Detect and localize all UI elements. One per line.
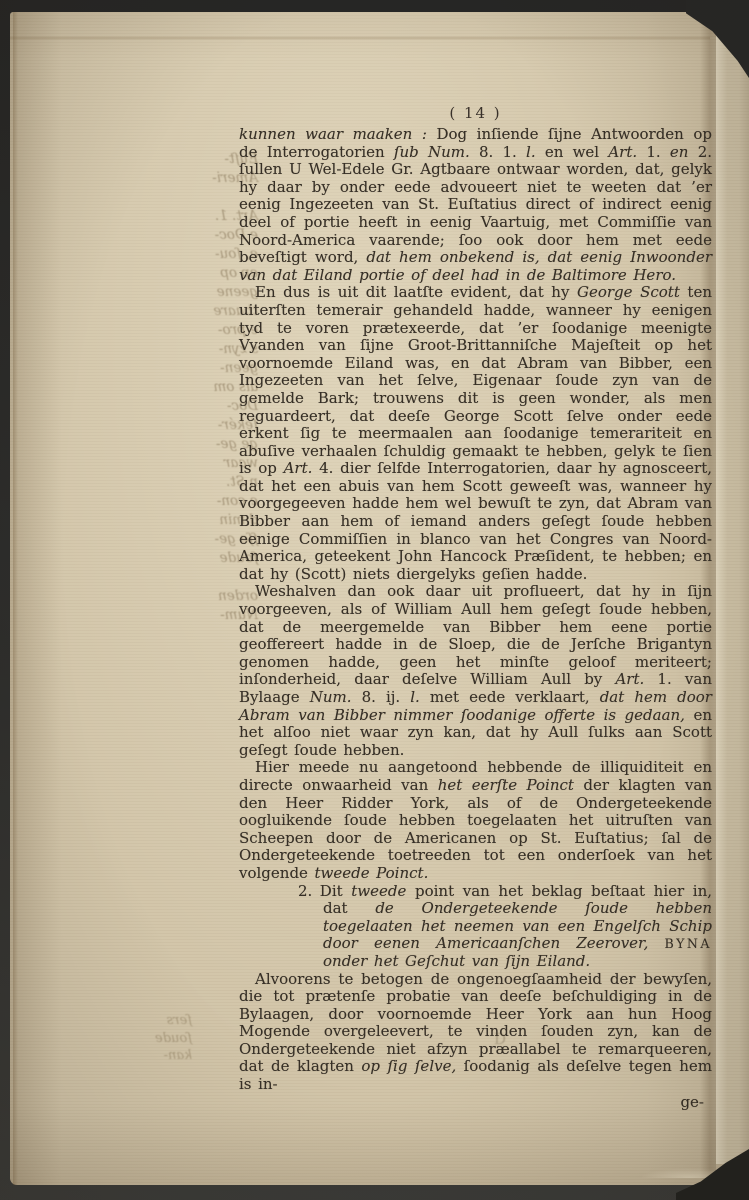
catchword: ge- <box>239 1094 712 1112</box>
paragraph: kunnen waar maaken : Dog inſiende ſijne … <box>239 126 712 284</box>
book-page-photo: Euſt-Ameri-Art. 1.e Doc-e, ſou-ep opgeen… <box>0 0 749 1200</box>
text-column: kunnen waar maaken : Dog inſiende ſijne … <box>239 126 712 1111</box>
signature-mark-ghost: D <box>490 1030 510 1048</box>
paragraph: En dus is uit dit laatſte evident, dat h… <box>239 284 712 583</box>
page-number: ( 14 ) <box>239 104 712 122</box>
paragraph: Weshalven dan ook daar uit proflueert, d… <box>239 583 712 759</box>
paragraph: Alvoorens te betogen de ongenoegſaamheid… <box>239 971 712 1094</box>
paragraph: 2. Dit tweede point van het beklag beſta… <box>323 883 712 971</box>
paragraph: Hier meede nu aangetoond hebbende de ill… <box>239 759 712 882</box>
